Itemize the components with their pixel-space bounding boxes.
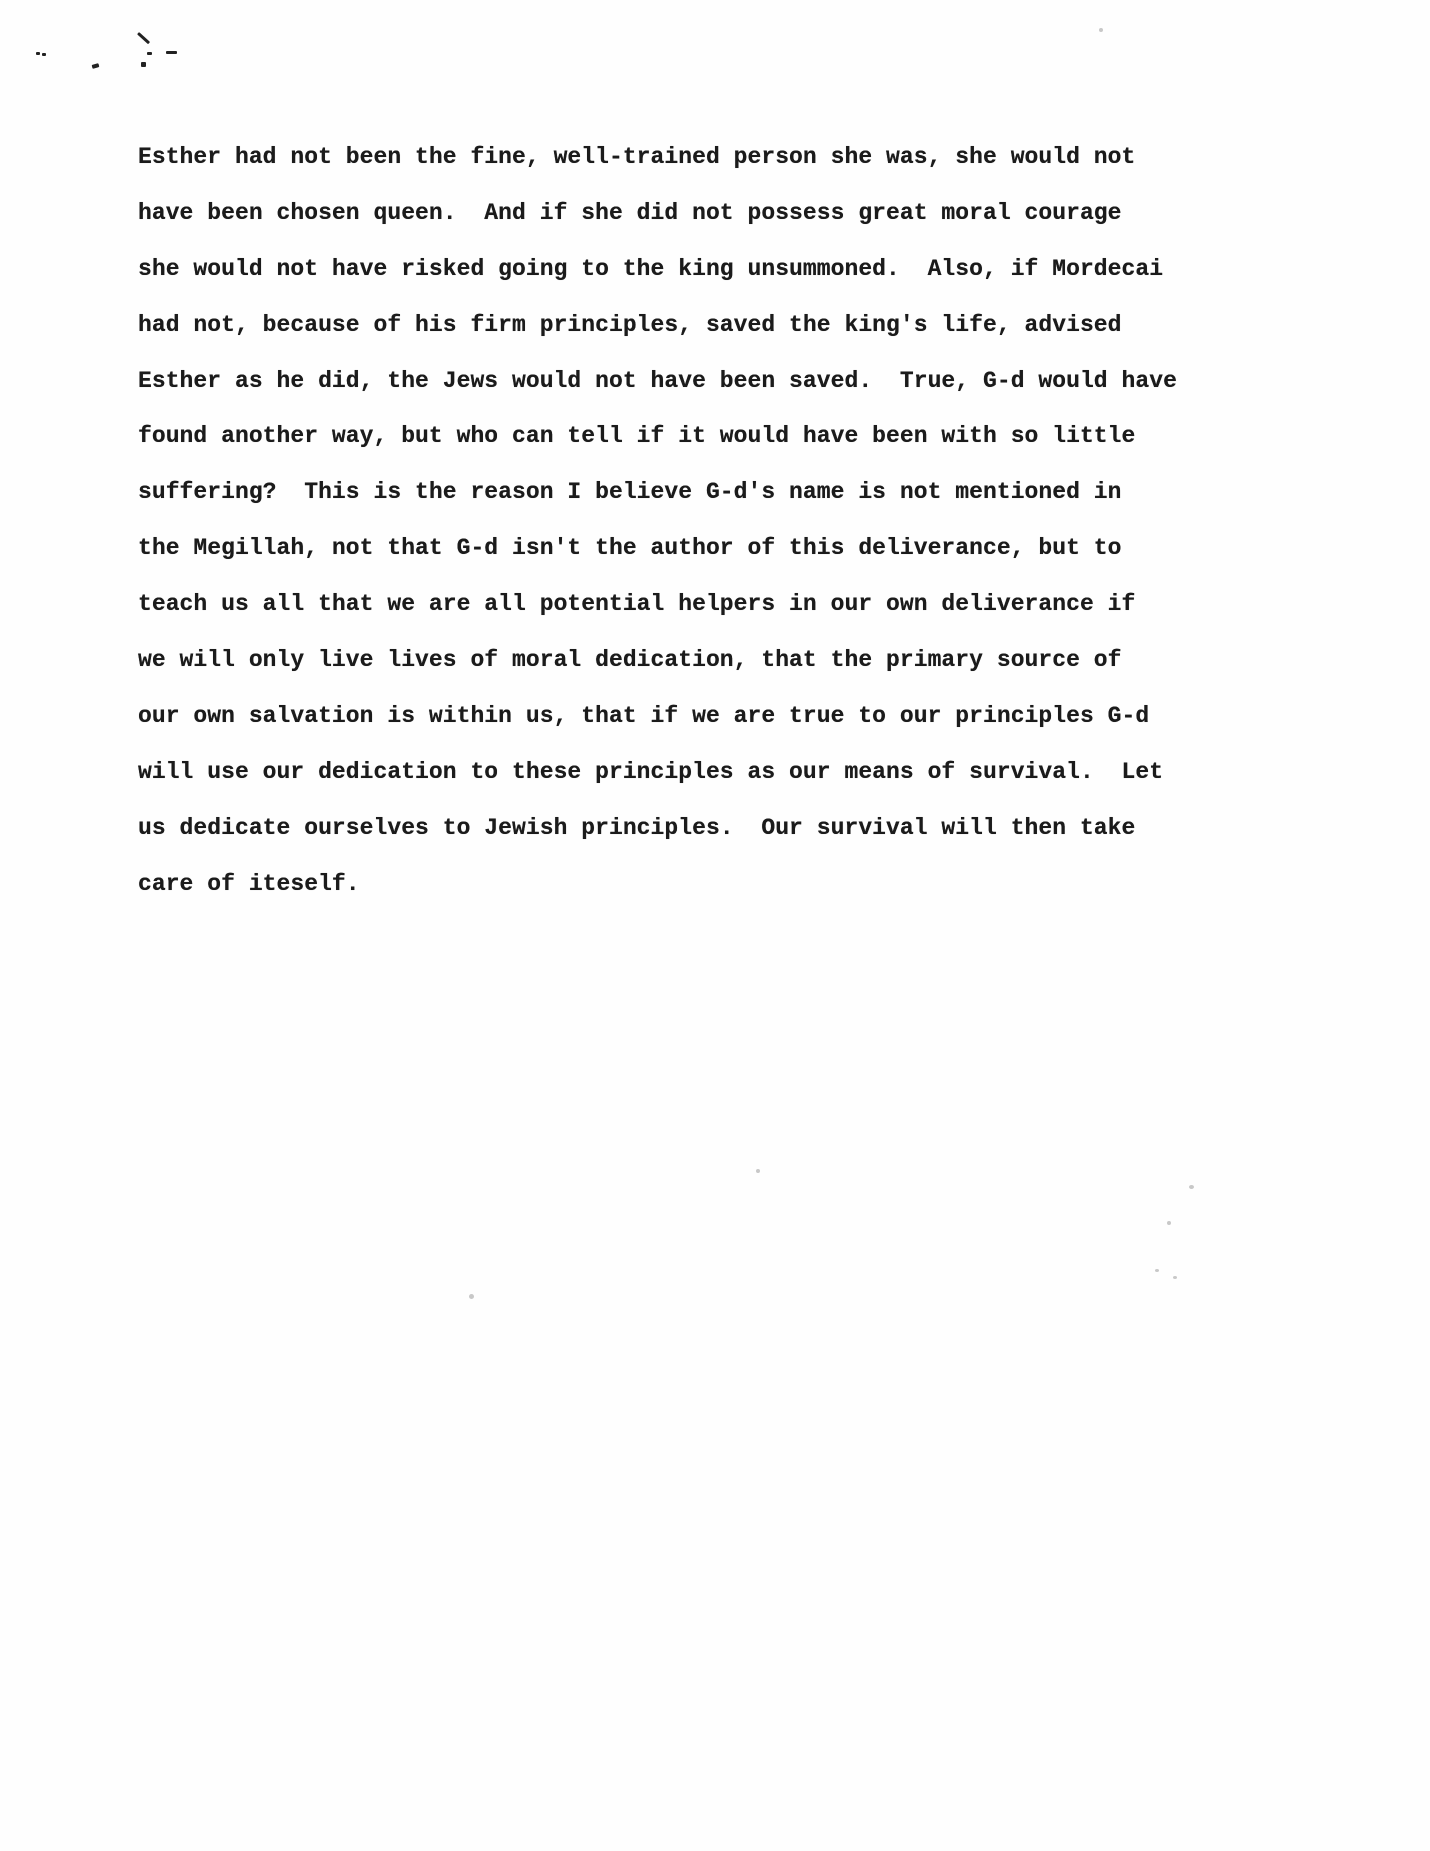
- scan-speck: [1099, 28, 1103, 32]
- scan-speck: [1167, 1221, 1171, 1225]
- text-line: teach us all that we are all potential h…: [138, 577, 1298, 633]
- text-line: will use our dedication to these princip…: [138, 745, 1298, 801]
- text-line: she would not have risked going to the k…: [138, 242, 1298, 298]
- ink-dash-mark: [166, 51, 177, 54]
- ink-stroke-mark: [137, 32, 150, 44]
- ink-speck: [141, 62, 146, 67]
- text-line: suffering? This is the reason I believe …: [138, 465, 1298, 521]
- ink-dot-mark: [147, 52, 152, 55]
- text-line: our own salvation is within us, that if …: [138, 689, 1298, 745]
- text-line: have been chosen queen. And if she did n…: [138, 186, 1298, 242]
- text-line: found another way, but who can tell if i…: [138, 409, 1298, 465]
- ink-speck: [92, 63, 100, 69]
- scan-speck: [1155, 1269, 1159, 1272]
- text-line: had not, because of his firm principles,…: [138, 298, 1298, 354]
- scan-speck: [1173, 1276, 1177, 1279]
- scanned-document-page: Esther had not been the fine, well-train…: [0, 0, 1430, 1851]
- scan-speck: [1189, 1185, 1194, 1189]
- text-line: we will only live lives of moral dedicat…: [138, 633, 1298, 689]
- text-line: Esther had not been the fine, well-train…: [138, 130, 1298, 186]
- typed-paragraph: Esther had not been the fine, well-train…: [138, 130, 1298, 912]
- text-line: us dedicate ourselves to Jewish principl…: [138, 801, 1298, 857]
- text-line: Esther as he did, the Jews would not hav…: [138, 354, 1298, 410]
- text-line: care of iteself.: [138, 857, 1298, 913]
- ink-speck: [42, 53, 46, 56]
- scan-speck: [469, 1294, 474, 1299]
- scan-speck: [756, 1169, 760, 1173]
- ink-speck: [36, 52, 40, 55]
- text-line: the Megillah, not that G-d isn't the aut…: [138, 521, 1298, 577]
